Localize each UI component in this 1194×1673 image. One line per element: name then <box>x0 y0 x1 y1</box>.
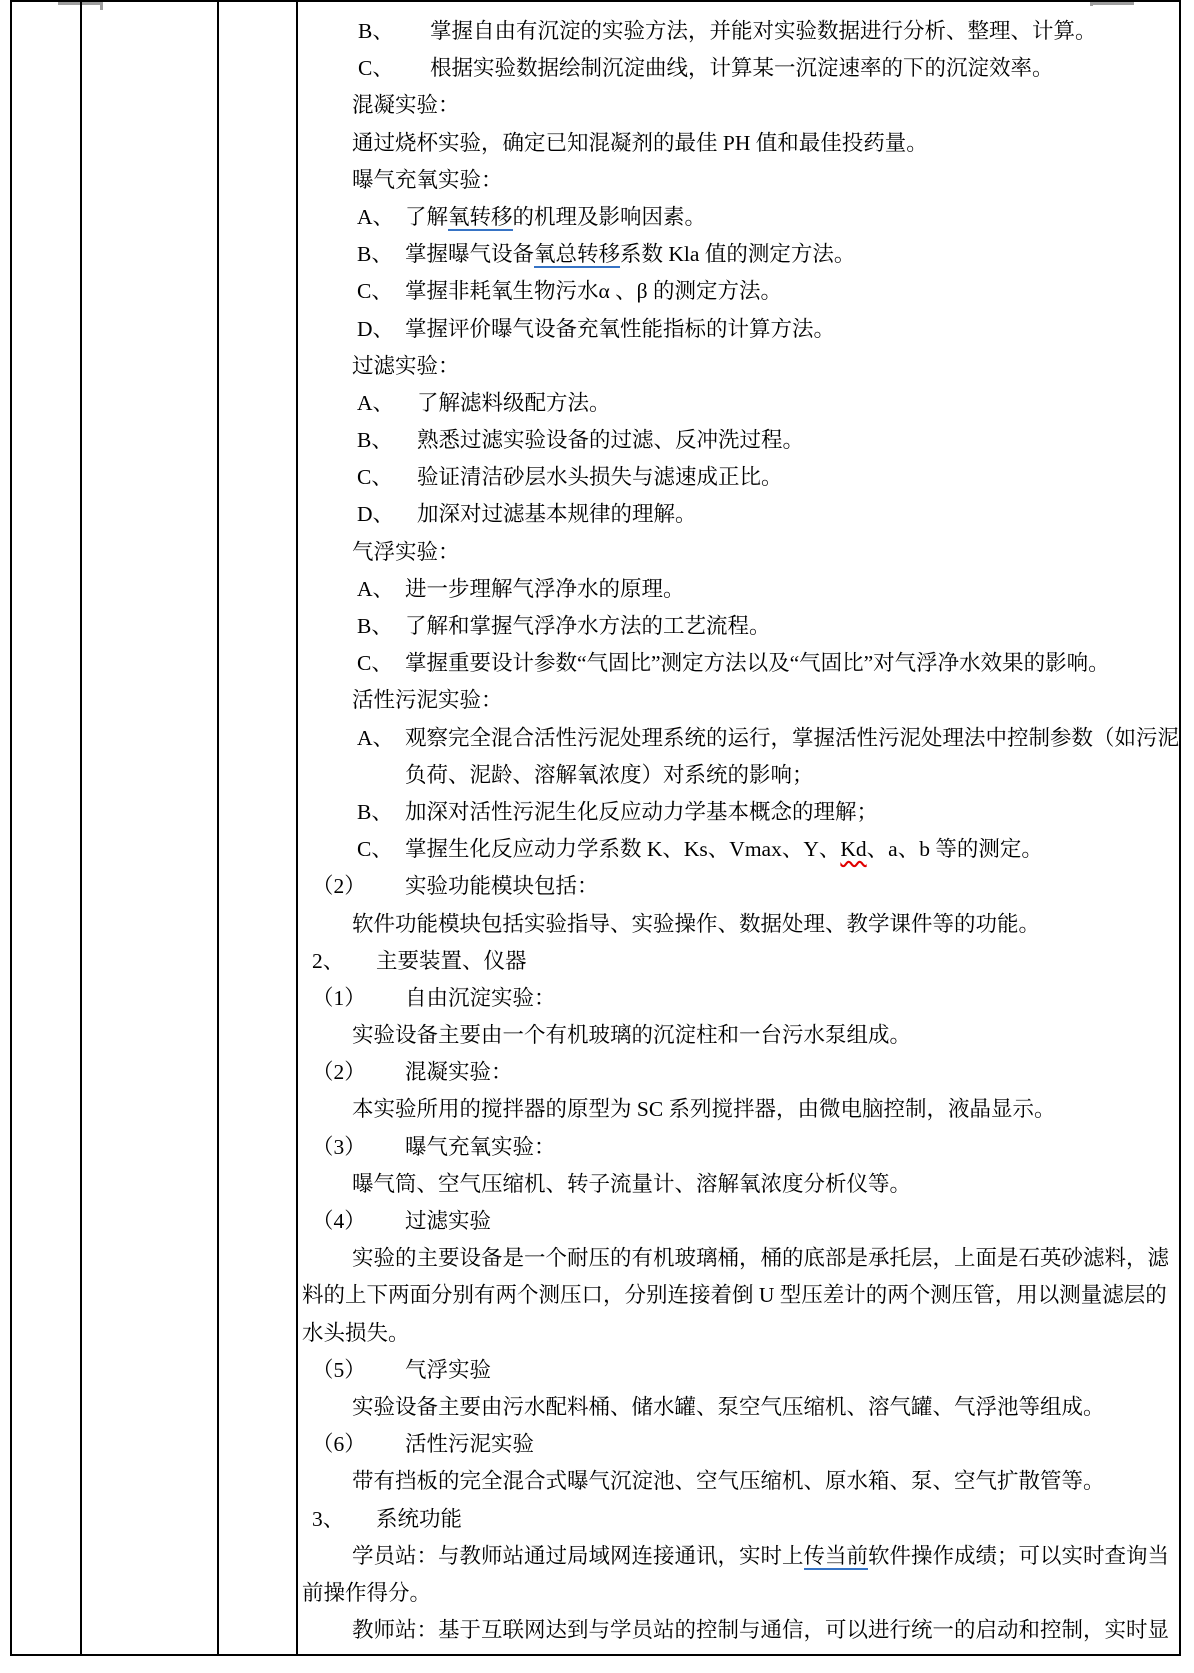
text-run: 观察完全混合活性污泥处理系统的运行，掌握活性污泥处理法中控制参数（如污泥 <box>405 726 1179 750</box>
text-line-6: A、了解氧转移的机理及影响因素。 <box>357 199 1179 236</box>
table-content-cell: B、掌握自由有沉淀的实验方法，并能对实验数据进行分析、整理、计算。C、根据实验数… <box>298 2 1179 1654</box>
text-line-15: 气浮实验： <box>352 534 1179 571</box>
text-line-4: 通过烧杯实验，确定已知混凝剂的最佳 PH 值和最佳投药量。 <box>352 125 1179 162</box>
list-label: B、 <box>357 422 417 459</box>
text-content: 教师站：基于互联网达到与学员站的控制与通信，可以进行统一的启动和控制，实时显 <box>352 1612 1169 1649</box>
list-label: A、 <box>357 571 405 608</box>
text-content: 了解滤料级配方法。 <box>417 385 611 422</box>
text-run: 系数 Kla 值的测定方法。 <box>620 242 855 266</box>
table-column-1 <box>12 2 82 1654</box>
list-label: 3、 <box>312 1501 376 1538</box>
text-line-35: 料的上下两面分别有两个测压口，分别连接着倒 U 型压差计的两个测压管，用以测量滤… <box>302 1277 1179 1314</box>
text-content: 软件功能模块包括实验指导、实验操作、数据处理、教学课件等的功能。 <box>352 906 1040 943</box>
text-line-2: C、根据实验数据绘制沉淀曲线，计算某一沉淀速率的下的沉淀效率。 <box>358 50 1179 87</box>
text-run: 加深对过滤基本规律的理解。 <box>417 502 697 526</box>
text-content: 曝气充氧实验： <box>352 162 503 199</box>
text-content: 过滤实验 <box>405 1203 491 1240</box>
text-run: 主要装置、仪器 <box>376 949 527 973</box>
text-content: 了解和掌握气浮净水方法的工艺流程。 <box>405 608 771 645</box>
text-run: 掌握评价曝气设备充氧性能指标的计算方法。 <box>405 317 835 341</box>
text-run: 通过烧杯实验，确定已知混凝剂的最佳 PH 值和最佳投药量。 <box>352 131 928 155</box>
text-line-32: 曝气筒、空气压缩机、转子流量计、溶解氧浓度分析仪等。 <box>352 1166 1179 1203</box>
text-content: 本实验所用的搅拌器的原型为 SC 系列搅拌器，由微电脑控制，液晶显示。 <box>352 1091 1056 1128</box>
list-label: C、 <box>358 50 430 87</box>
text-line-30: 本实验所用的搅拌器的原型为 SC 系列搅拌器，由微电脑控制，液晶显示。 <box>352 1091 1179 1128</box>
text-line-28: 实验设备主要由一个有机玻璃的沉淀柱和一台污水泵组成。 <box>352 1017 1179 1054</box>
text-run: 掌握重要设计参数“气固比”测定方法以及“气固比”对气浮净水效果的影响。 <box>405 651 1110 675</box>
text-content: 掌握生化反应动力学系数 K、Ks、Vmax、Y、Kd、a、b 等的测定。 <box>405 831 1043 868</box>
list-label: C、 <box>357 273 405 310</box>
text-run: 掌握生化反应动力学系数 K、Ks、Vmax、Y、 <box>405 837 840 861</box>
text-line-42: 学员站：与教师站通过局域网连接通讯，实时上传当前软件操作成绩；可以实时查询当 <box>352 1538 1179 1575</box>
text-run: 混凝实验： <box>352 93 460 117</box>
text-content: 料的上下两面分别有两个测压口，分别连接着倒 U 型压差计的两个测压管，用以测量滤… <box>302 1277 1167 1314</box>
text-line-36: 水头损失。 <box>302 1315 1179 1352</box>
list-label: 2、 <box>312 943 376 980</box>
list-label: B、 <box>357 236 405 273</box>
text-run: 过滤实验： <box>352 354 460 378</box>
document-table: B、掌握自由有沉淀的实验方法，并能对实验数据进行分析、整理、计算。C、根据实验数… <box>10 0 1181 1656</box>
text-content: 根据实验数据绘制沉淀曲线，计算某一沉淀速率的下的沉淀效率。 <box>430 50 1054 87</box>
text-line-24: （2）实验功能模块包括： <box>312 868 1179 905</box>
text-run: 曝气充氧实验： <box>352 168 503 192</box>
text-content: 水头损失。 <box>302 1315 410 1352</box>
text-line-7: B、掌握曝气设备氧总转移系数 Kla 值的测定方法。 <box>357 236 1179 273</box>
text-run: 曝气筒、空气压缩机、转子流量计、溶解氧浓度分析仪等。 <box>352 1172 911 1196</box>
text-line-26: 2、主要装置、仪器 <box>312 943 1179 980</box>
list-label: （3） <box>312 1129 405 1166</box>
text-content: 进一步理解气浮净水的原理。 <box>405 571 685 608</box>
text-content: 混凝实验： <box>352 87 460 124</box>
text-run: 熟悉过滤实验设备的过滤、反冲洗过程。 <box>417 428 804 452</box>
text-line-5: 曝气充氧实验： <box>352 162 1179 199</box>
text-content: 带有挡板的完全混合式曝气沉淀池、空气压缩机、原水箱、泵、空气扩散管等。 <box>352 1463 1105 1500</box>
text-run: 系统功能 <box>376 1507 462 1531</box>
text-run: 前操作得分。 <box>302 1581 431 1605</box>
text-run: 混凝实验： <box>405 1060 513 1084</box>
list-label: D、 <box>357 311 405 348</box>
list-label: C、 <box>357 831 405 868</box>
text-content: 掌握重要设计参数“气固比”测定方法以及“气固比”对气浮净水效果的影响。 <box>405 645 1110 682</box>
text-line-34: 实验的主要设备是一个耐压的有机玻璃桶，桶的底部是承托层，上面是石英砂滤料，滤 <box>352 1240 1179 1277</box>
document-body: B、掌握自由有沉淀的实验方法，并能对实验数据进行分析、整理、计算。C、根据实验数… <box>300 13 1179 1649</box>
text-run: 加深对活性污泥生化反应动力学基本概念的理解； <box>405 800 878 824</box>
text-content: 验证清洁砂层水头损失与滤速成正比。 <box>417 459 783 496</box>
text-run: 验证清洁砂层水头损失与滤速成正比。 <box>417 465 783 489</box>
text-content: 实验的主要设备是一个耐压的有机玻璃桶，桶的底部是承托层，上面是石英砂滤料，滤 <box>352 1240 1169 1277</box>
text-line-31: （3）曝气充氧实验： <box>312 1129 1179 1166</box>
text-content: 熟悉过滤实验设备的过滤、反冲洗过程。 <box>417 422 804 459</box>
text-content: 掌握曝气设备氧总转移系数 Kla 值的测定方法。 <box>405 236 855 273</box>
text-run: 带有挡板的完全混合式曝气沉淀池、空气压缩机、原水箱、泵、空气扩散管等。 <box>352 1469 1105 1493</box>
text-content: 了解氧转移的机理及影响因素。 <box>405 199 706 236</box>
text-content: 前操作得分。 <box>302 1575 431 1612</box>
text-run: 学员站：与教师站通过局域网连接通讯，实时上 <box>352 1544 804 1568</box>
document-page: B、掌握自由有沉淀的实验方法，并能对实验数据进行分析、整理、计算。C、根据实验数… <box>0 0 1194 1673</box>
text-content: 曝气充氧实验： <box>405 1129 556 1166</box>
table-column-3 <box>219 2 298 1654</box>
text-run: 软件功能模块包括实验指导、实验操作、数据处理、教学课件等的功能。 <box>352 912 1040 936</box>
list-label: （1） <box>312 980 405 1017</box>
text-line-29: （2）混凝实验： <box>312 1054 1179 1091</box>
text-content: 学员站：与教师站通过局域网连接通讯，实时上传当前软件操作成绩；可以实时查询当 <box>352 1538 1169 1575</box>
text-run: 活性污泥实验 <box>405 1432 534 1456</box>
list-label: （2） <box>312 1054 405 1091</box>
text-line-40: 带有挡板的完全混合式曝气沉淀池、空气压缩机、原水箱、泵、空气扩散管等。 <box>352 1463 1179 1500</box>
text-run: 活性污泥实验： <box>352 688 503 712</box>
text-content: 实验设备主要由污水配料桶、储水罐、泵空气压缩机、溶气罐、气浮池等组成。 <box>352 1389 1105 1426</box>
text-content: 活性污泥实验 <box>405 1426 534 1463</box>
text-line-38: 实验设备主要由污水配料桶、储水罐、泵空气压缩机、溶气罐、气浮池等组成。 <box>352 1389 1179 1426</box>
text-line-12: B、熟悉过滤实验设备的过滤、反冲洗过程。 <box>357 422 1179 459</box>
text-content: 曝气筒、空气压缩机、转子流量计、溶解氧浓度分析仪等。 <box>352 1166 911 1203</box>
underlined-text-run: 传当前 <box>804 1544 869 1570</box>
text-line-20: A、观察完全混合活性污泥处理系统的运行，掌握活性污泥处理法中控制参数（如污泥 <box>357 720 1179 757</box>
text-line-9: D、掌握评价曝气设备充氧性能指标的计算方法。 <box>357 311 1179 348</box>
text-run: 掌握自由有沉淀的实验方法，并能对实验数据进行分析、整理、计算。 <box>430 19 1097 43</box>
text-content: 系统功能 <box>376 1501 462 1538</box>
list-label: A、 <box>357 720 405 757</box>
underlined-text-run: 氧转移 <box>448 205 513 231</box>
text-run: 水头损失。 <box>302 1321 410 1345</box>
text-content: 负荷、泥龄、溶解氧浓度）对系统的影响； <box>405 757 814 794</box>
text-run: 的机理及影响因素。 <box>513 205 707 229</box>
text-content: 混凝实验： <box>405 1054 513 1091</box>
text-line-37: （5）气浮实验 <box>312 1352 1179 1389</box>
list-label: C、 <box>357 459 417 496</box>
text-content: 实验功能模块包括： <box>405 868 599 905</box>
text-run: 负荷、泥龄、溶解氧浓度）对系统的影响； <box>405 763 814 787</box>
text-run: 教师站：基于互联网达到与学员站的控制与通信，可以进行统一的启动和控制，实时显 <box>352 1618 1169 1642</box>
text-content: 掌握自由有沉淀的实验方法，并能对实验数据进行分析、整理、计算。 <box>430 13 1097 50</box>
list-label: B、 <box>357 608 405 645</box>
list-label: B、 <box>358 13 430 50</box>
text-line-22: B、加深对活性污泥生化反应动力学基本概念的理解； <box>357 794 1179 831</box>
text-line-23: C、掌握生化反应动力学系数 K、Ks、Vmax、Y、Kd、a、b 等的测定。 <box>357 831 1179 868</box>
text-run: 了解滤料级配方法。 <box>417 391 611 415</box>
text-content: 观察完全混合活性污泥处理系统的运行，掌握活性污泥处理法中控制参数（如污泥 <box>405 720 1179 757</box>
text-run: 软件操作成绩；可以实时查询当 <box>868 1544 1169 1568</box>
text-run: 掌握非耗氧生物污水α 、β 的测定方法。 <box>405 279 782 303</box>
text-run: 自由沉淀实验： <box>405 986 556 1010</box>
text-content: 掌握评价曝气设备充氧性能指标的计算方法。 <box>405 311 835 348</box>
text-line-10: 过滤实验： <box>352 348 1179 385</box>
text-line-27: （1）自由沉淀实验： <box>312 980 1179 1017</box>
text-content: 掌握非耗氧生物污水α 、β 的测定方法。 <box>405 273 782 310</box>
text-content: 通过烧杯实验，确定已知混凝剂的最佳 PH 值和最佳投药量。 <box>352 125 928 162</box>
text-run: 曝气充氧实验： <box>405 1135 556 1159</box>
text-run: 料的上下两面分别有两个测压口，分别连接着倒 U 型压差计的两个测压管，用以测量滤… <box>302 1283 1167 1307</box>
list-label: （4） <box>312 1203 405 1240</box>
text-content: 实验设备主要由一个有机玻璃的沉淀柱和一台污水泵组成。 <box>352 1017 911 1054</box>
text-line-21: 负荷、泥龄、溶解氧浓度）对系统的影响； <box>405 757 1179 794</box>
text-line-18: C、掌握重要设计参数“气固比”测定方法以及“气固比”对气浮净水效果的影响。 <box>357 645 1179 682</box>
text-line-39: （6）活性污泥实验 <box>312 1426 1179 1463</box>
list-label: （6） <box>312 1426 405 1463</box>
text-content: 过滤实验： <box>352 348 460 385</box>
list-label: B、 <box>357 794 405 831</box>
text-line-8: C、掌握非耗氧生物污水α 、β 的测定方法。 <box>357 273 1179 310</box>
text-run: 实验设备主要由一个有机玻璃的沉淀柱和一台污水泵组成。 <box>352 1023 911 1047</box>
text-content: 气浮实验 <box>405 1352 491 1389</box>
list-label: A、 <box>357 385 417 422</box>
text-run: 了解 <box>405 205 448 229</box>
text-run: 实验功能模块包括： <box>405 874 599 898</box>
text-line-17: B、了解和掌握气浮净水方法的工艺流程。 <box>357 608 1179 645</box>
text-content: 加深对活性污泥生化反应动力学基本概念的理解； <box>405 794 878 831</box>
text-run: 了解和掌握气浮净水方法的工艺流程。 <box>405 614 771 638</box>
text-line-11: A、了解滤料级配方法。 <box>357 385 1179 422</box>
text-content: 自由沉淀实验： <box>405 980 556 1017</box>
text-line-25: 软件功能模块包括实验指导、实验操作、数据处理、教学课件等的功能。 <box>352 906 1179 943</box>
list-label: C、 <box>357 645 405 682</box>
text-line-3: 混凝实验： <box>352 87 1179 124</box>
underlined-text-run: 氧总转移 <box>534 242 620 268</box>
text-content: 主要装置、仪器 <box>376 943 527 980</box>
text-run: 过滤实验 <box>405 1209 491 1233</box>
text-run: 掌握曝气设备 <box>405 242 534 266</box>
spellcheck-text-run: Kd <box>840 837 866 861</box>
list-label: A、 <box>357 199 405 236</box>
text-line-19: 活性污泥实验： <box>352 682 1179 719</box>
list-label: （5） <box>312 1352 405 1389</box>
text-line-33: （4）过滤实验 <box>312 1203 1179 1240</box>
text-line-14: D、加深对过滤基本规律的理解。 <box>357 496 1179 533</box>
text-run: 进一步理解气浮净水的原理。 <box>405 577 685 601</box>
text-line-1: B、掌握自由有沉淀的实验方法，并能对实验数据进行分析、整理、计算。 <box>358 13 1179 50</box>
list-label: D、 <box>357 496 417 533</box>
table-column-2 <box>82 2 219 1654</box>
text-run: 实验设备主要由污水配料桶、储水罐、泵空气压缩机、溶气罐、气浮池等组成。 <box>352 1395 1105 1419</box>
text-run: 气浮实验： <box>352 540 460 564</box>
text-run: 气浮实验 <box>405 1358 491 1382</box>
text-content: 气浮实验： <box>352 534 460 571</box>
text-line-41: 3、系统功能 <box>312 1501 1179 1538</box>
text-run: 、a、b 等的测定。 <box>867 837 1043 861</box>
text-content: 活性污泥实验： <box>352 682 503 719</box>
text-line-16: A、进一步理解气浮净水的原理。 <box>357 571 1179 608</box>
text-run: 本实验所用的搅拌器的原型为 SC 系列搅拌器，由微电脑控制，液晶显示。 <box>352 1097 1056 1121</box>
text-content: 加深对过滤基本规律的理解。 <box>417 496 697 533</box>
text-run: 实验的主要设备是一个耐压的有机玻璃桶，桶的底部是承托层，上面是石英砂滤料，滤 <box>352 1246 1169 1270</box>
text-run: 根据实验数据绘制沉淀曲线，计算某一沉淀速率的下的沉淀效率。 <box>430 56 1054 80</box>
text-line-44: 教师站：基于互联网达到与学员站的控制与通信，可以进行统一的启动和控制，实时显 <box>352 1612 1179 1649</box>
list-label: （2） <box>312 868 405 905</box>
text-line-13: C、验证清洁砂层水头损失与滤速成正比。 <box>357 459 1179 496</box>
text-line-43: 前操作得分。 <box>302 1575 1179 1612</box>
